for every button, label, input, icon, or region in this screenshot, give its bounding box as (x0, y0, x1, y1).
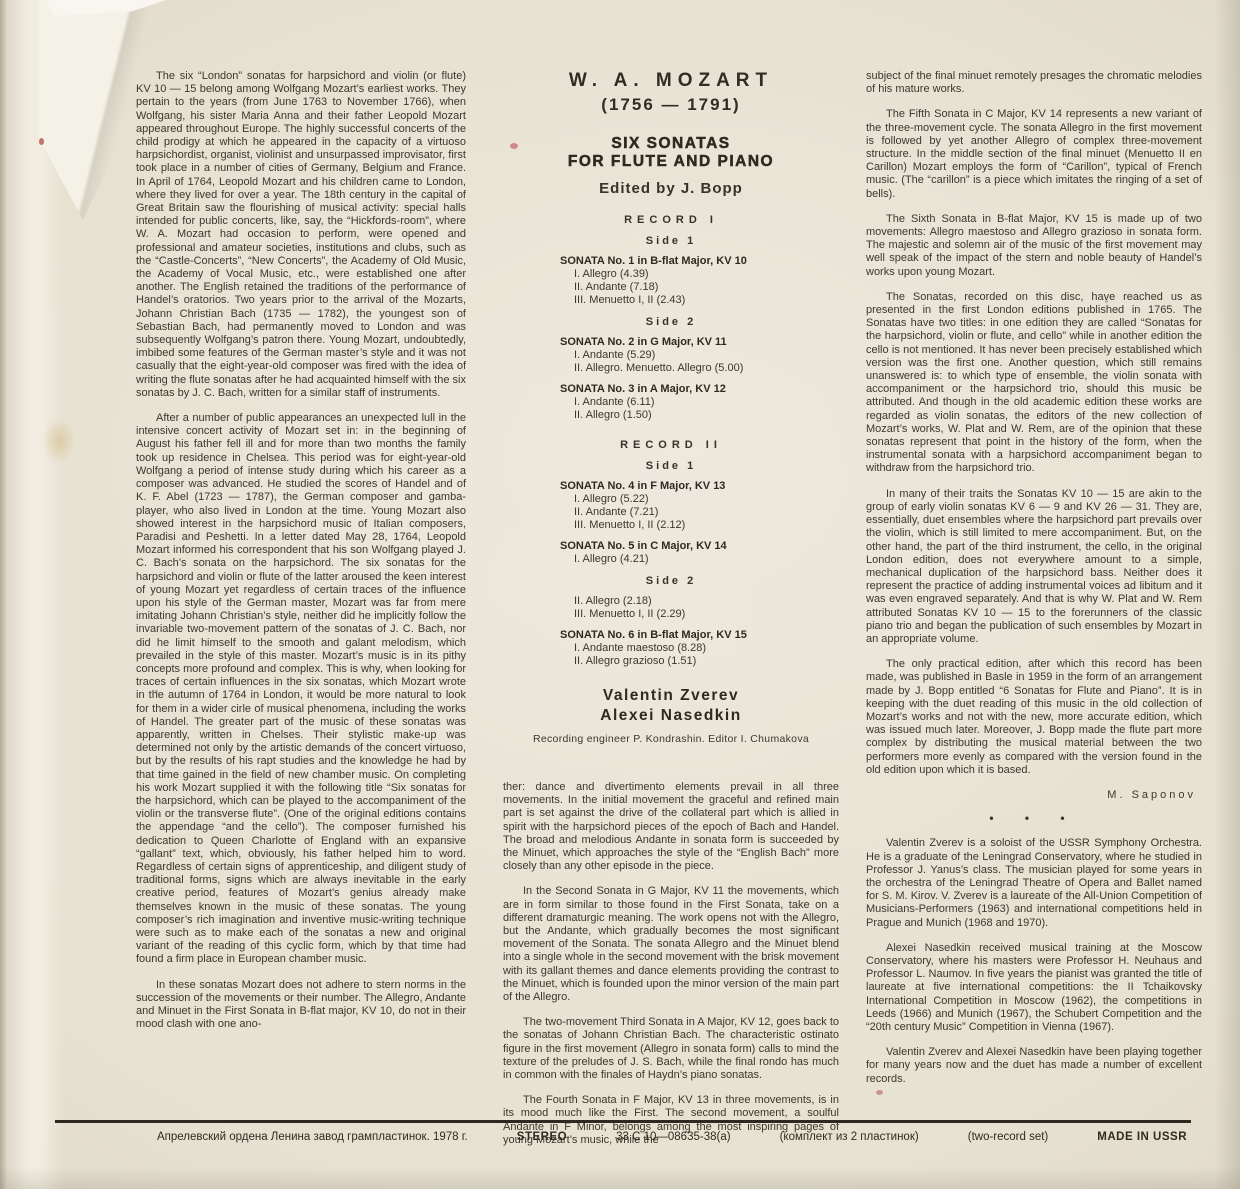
set-note-english: (two-record set) (968, 1131, 1049, 1143)
composer-dates: (1756 — 1791) (503, 95, 839, 115)
sonata-entry: SONATA No. 1 in B-flat Major, KV 10 I. A… (503, 255, 839, 307)
performer-flutist: Valentin Zverev (503, 686, 839, 706)
sonata-title: SONATA No. 3 in A Major, KV 12 (560, 383, 839, 396)
liner-notes-paragraph: The Sixth Sonata in B-flat Major, KV 15 … (866, 213, 1202, 279)
liner-notes-paragraph: In the Second Sonata in G Major, KV 11 t… (503, 885, 839, 1004)
dots-separator: • • • (866, 812, 1202, 825)
movement: I. Andante (5.29) (560, 349, 839, 362)
catalog-number: 33 С 10—08635-38(а) (616, 1131, 730, 1143)
side-heading: Side 2 (503, 575, 839, 587)
sonata-title: SONATA No. 1 in B-flat Major, KV 10 (560, 255, 839, 268)
record-sleeve-back: The six “London” sonatas for harpsichord… (0, 0, 1240, 1189)
bio-paragraph: Valentin Zverev and Alexei Nasedkin have… (866, 1046, 1202, 1086)
editor-credit: Edited by J. Bopp (503, 180, 839, 197)
sonata-entry: II. Allegro (2.18) III. Menuetto I, II (… (503, 595, 839, 621)
liner-notes-paragraph: The six “London” sonatas for harpsichord… (136, 70, 466, 400)
movement: I. Allegro (5.22) (560, 493, 839, 506)
center-column: W. A. MOZART (1756 — 1791) SIX SONATAS F… (503, 70, 839, 1159)
composer-name: W. A. MOZART (503, 70, 839, 92)
sonata-entry: SONATA No. 5 in C Major, KV 14 I. Allegr… (503, 540, 839, 566)
record-heading: RECORD I (503, 214, 839, 226)
paper-shade-bottom (0, 1167, 1240, 1189)
liner-notes-right-column: subject of the final minuet remotely pre… (866, 70, 1202, 1098)
liner-notes-left-column: The six “London” sonatas for harpsichord… (136, 70, 466, 1043)
movement: II. Allegro (1.50) (560, 409, 839, 422)
movement: III. Menuetto I, II (2.29) (560, 608, 839, 621)
movement: I. Allegro (4.39) (560, 268, 839, 281)
side-heading: Side 2 (503, 316, 839, 328)
bio-paragraph: Valentin Zverev is a soloist of the USSR… (866, 837, 1202, 929)
record-heading: RECORD II (503, 439, 839, 451)
made-in-ussr-label: MADE IN USSR (1097, 1131, 1187, 1143)
movement: II. Allegro. Menuetto. Allegro (5.00) (560, 362, 839, 375)
performer-pianist: Alexei Nasedkin (503, 706, 839, 726)
side-heading: Side 1 (503, 460, 839, 472)
liner-notes-paragraph: The only practical edition, after which … (866, 658, 1202, 777)
movement: II. Allegro (2.18) (560, 595, 839, 608)
album-title-line2: FOR FLUTE AND PIANO (503, 153, 839, 171)
set-note-russian: (комплект из 2 пластинок) (780, 1131, 919, 1143)
movement: III. Menuetto I, II (2.43) (560, 294, 839, 307)
liner-notes-paragraph: The Fifth Sonata in C Major, KV 14 repre… (866, 108, 1202, 200)
liner-notes-paragraph: After a number of public appearances an … (136, 412, 466, 967)
liner-notes-paragraph: subject of the final minuet remotely pre… (866, 70, 1202, 96)
pressing-plant-line: Апрелевский ордена Ленина завод грамплас… (157, 1131, 468, 1143)
sonata-title: SONATA No. 4 in F Major, KV 13 (560, 480, 839, 493)
performers: Valentin Zverev Alexei Nasedkin (503, 686, 839, 725)
paper-fold-left (0, 0, 64, 1189)
sonata-title: SONATA No. 2 in G Major, KV 11 (560, 336, 839, 349)
footer: Апрелевский ордена Ленина завод грамплас… (157, 1131, 1187, 1143)
album-title: SIX SONATAS FOR FLUTE AND PIANO (503, 135, 839, 170)
movement: I. Andante (6.11) (560, 396, 839, 409)
sonata-entry: SONATA No. 4 in F Major, KV 13 I. Allegr… (503, 480, 839, 532)
paper-speck (39, 138, 44, 145)
author-byline: M. Saponov (866, 789, 1196, 802)
footer-rule (55, 1120, 1191, 1123)
sonata-title: SONATA No. 6 in B-flat Major, KV 15 (560, 629, 839, 642)
movement: II. Andante (7.21) (560, 506, 839, 519)
movement: II. Allegro grazioso (1.51) (560, 655, 839, 668)
movement: I. Allegro (4.21) (560, 553, 839, 566)
stereo-label: STEREO (517, 1131, 567, 1143)
sonata-entry: SONATA No. 3 in A Major, KV 12 I. Andant… (503, 383, 839, 422)
liner-notes-center-column: ther: dance and divertimento elements pr… (503, 781, 839, 1147)
liner-notes-paragraph: In these sonatas Mozart does not adhere … (136, 979, 466, 1032)
album-title-line1: SIX SONATAS (503, 135, 839, 153)
side-heading: Side 1 (503, 235, 839, 247)
movement: II. Andante (7.18) (560, 281, 839, 294)
movement: I. Andante maestoso (8.28) (560, 642, 839, 655)
bio-paragraph: Alexei Nasedkin received musical trainin… (866, 942, 1202, 1034)
movement: III. Menuetto I, II (2.12) (560, 519, 839, 532)
recording-credits: Recording engineer P. Kondrashin. Editor… (503, 733, 839, 745)
track-listing: RECORD I Side 1 SONATA No. 1 in B-flat M… (503, 214, 839, 668)
liner-notes-paragraph: In many of their traits the Sonatas KV 1… (866, 488, 1202, 646)
liner-notes-paragraph: The two-movement Third Sonata in A Major… (503, 1016, 839, 1082)
sonata-title: SONATA No. 5 in C Major, KV 14 (560, 540, 839, 553)
sonata-entry: SONATA No. 6 in B-flat Major, KV 15 I. A… (503, 629, 839, 668)
liner-notes-paragraph: The Sonatas, recorded on this disc, have… (866, 291, 1202, 476)
sonata-entry: SONATA No. 2 in G Major, KV 11 I. Andant… (503, 336, 839, 375)
paper-shade-right (1214, 0, 1240, 1189)
paper-stain (42, 418, 76, 464)
liner-notes-paragraph: ther: dance and divertimento elements pr… (503, 781, 839, 873)
